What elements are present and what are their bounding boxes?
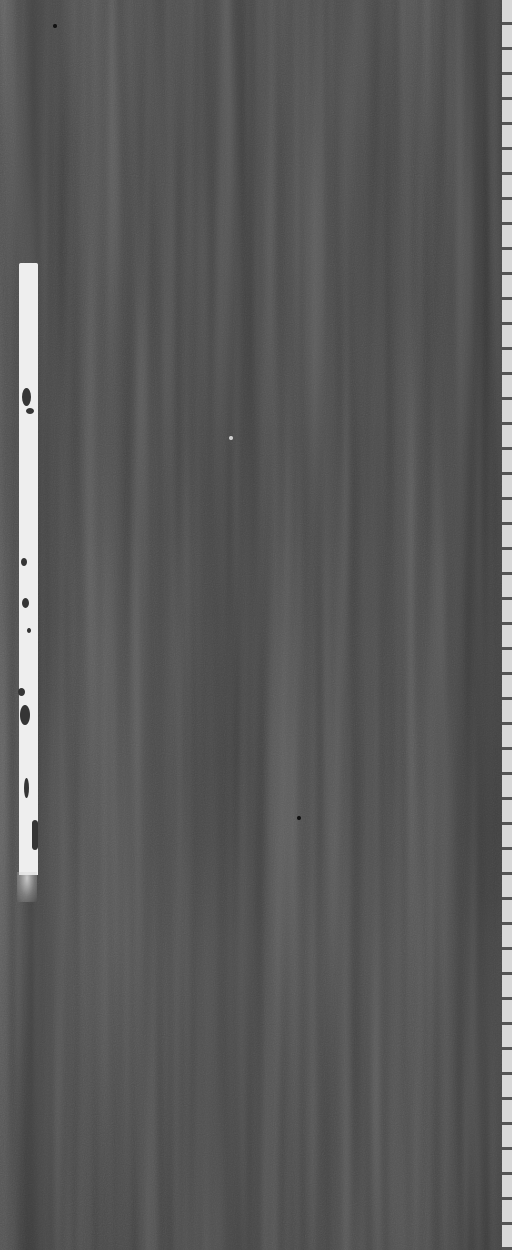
paint-chip [27, 628, 31, 633]
pavement-pit [297, 816, 301, 820]
edge-strip [502, 0, 512, 1250]
pavement-pit [53, 24, 57, 28]
paint-chip [32, 820, 38, 850]
lane-marking-worn-end [17, 872, 37, 902]
paint-chip [22, 388, 31, 406]
paint-chip [26, 408, 34, 414]
road-surface-image: Top-down scan of asphalt road pavement w… [0, 0, 512, 1250]
paint-chip [21, 558, 27, 566]
asphalt-shading [0, 0, 512, 1250]
pavement-debris [229, 436, 233, 440]
paint-chip [24, 778, 29, 798]
paint-chip [20, 705, 30, 725]
paint-chip [22, 598, 29, 608]
paint-chip [18, 688, 25, 696]
